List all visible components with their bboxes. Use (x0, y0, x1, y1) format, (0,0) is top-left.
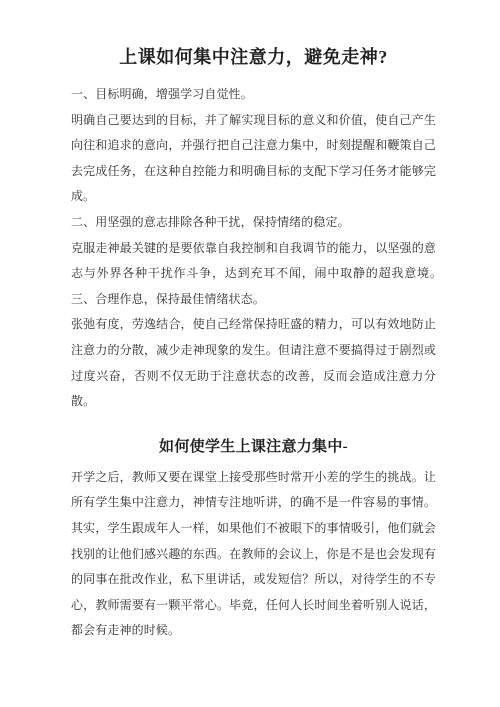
document-content: 上课如何集中注意力，避免走神? 一、目标明确，增强学习自觉性。 明确自己要达到的… (0, 0, 500, 644)
point-1-heading: 一、目标明确，增强学习自觉性。 (71, 82, 436, 108)
document-subtitle: 如何使学生上课注意力集中- (71, 436, 436, 458)
document-page: 上课如何集中注意力，避免走神? 一、目标明确，增强学习自觉性。 明确自己要达到的… (0, 0, 500, 707)
document-title: 上课如何集中注意力，避免走神? (71, 0, 436, 70)
point-1-paragraph: 明确自己要达到的目标，并了解实现目标的意义和价值，使自己产生向往和追求的意向，并… (71, 108, 436, 210)
part-2-paragraph: 开学之后，教师又要在课堂上接受那些时常开小差的学生的挑战。让所有学生集中注意力，… (71, 465, 436, 644)
point-2-paragraph: 克服走神最关键的是要依靠自我控制和自我调节的能力，以坚强的意志与外界各种干扰作斗… (71, 236, 436, 313)
point-3-paragraph: 张弛有度，劳逸结合，使自己经常保持旺盛的精力，可以有效地防止注意力的分散，减少走… (71, 312, 436, 414)
point-2-heading: 二、用坚强的意志排除各种干扰，保持情绪的稳定。 (71, 210, 436, 236)
